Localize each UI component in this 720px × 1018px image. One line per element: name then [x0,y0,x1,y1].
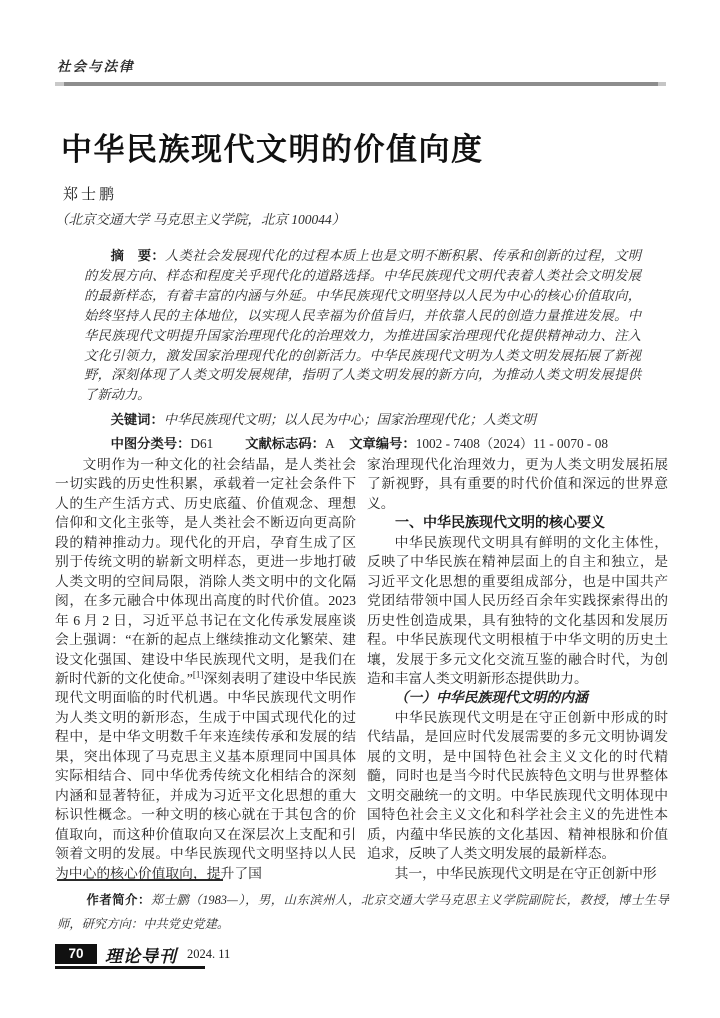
keywords-label: 关键词： [111,412,164,427]
paragraph-text: 文明作为一种文化的社会结晶，是人类社会一切实践的历史性积累，承载着一定社会条件下… [55,457,356,686]
body-paragraph: 中华民族现代文明是在守正创新中形成的时代结晶，是回应时代发展需要的多元文明协调发… [367,708,668,864]
author-affiliation: （北京交通大学 马克思主义学院，北京 100044） [55,208,345,228]
journal-page: 社会与法律 中华民族现代文明的价值向度 郑士鹏 （北京交通大学 马克思主义学院，… [0,0,720,1018]
article-no-label: 文章编号： [349,436,415,451]
article-title: 中华民族现代文明的价值向度 [61,124,484,169]
clc-value: D61 [190,436,213,451]
header-rule [55,82,666,86]
keywords-line: 关键词：中华民族现代文明；以人民为中心；国家治理现代化；人类文明 [84,410,641,430]
abstract-paragraph: 摘 要：人类社会发展现代化的过程本质上也是文明不断积累、传承和创新的过程，文明的… [84,246,641,405]
left-column: 文明作为一种文化的社会结晶，是人类社会一切实践的历史性积累，承载着一定社会条件下… [55,455,356,883]
subsection-heading-1-1: （一）中华民族现代文明的内涵 [367,688,668,707]
meta-line: 中图分类号：D61文献标志码：A文章编号：1002 - 7408（2024）11… [84,434,641,454]
abstract-label: 摘 要： [111,248,165,263]
section-header: 社会与法律 [57,55,135,75]
citation-marker: [1] [193,669,204,679]
body-paragraph: 中华民族现代文明具有鲜明的文化主体性，反映了中华民族在精神层面上的自主和独立，是… [367,533,668,689]
body-columns: 文明作为一种文化的社会结晶，是人类社会一切实践的历史性积累，承载着一定社会条件下… [55,455,668,883]
author-bio: 作者简介：郑士鹏（1983—），男，山东滨州人，北京交通大学马克思主义学院副院长… [57,888,669,936]
page-number: 70 [55,944,97,964]
article-no-value: 1002 - 7408（2024）11 - 0070 - 08 [416,436,608,451]
right-column: 家治理现代化治理效力，更为人类文明发展拓展了新视野，具有重要的时代价值和深远的世… [367,455,668,883]
abstract-text: 人类社会发展现代化的过程本质上也是文明不断积累、传承和创新的过程，文明的发展方向… [84,248,641,402]
keywords-text: 中华民族现代文明；以人民为中心；国家治理现代化；人类文明 [164,412,536,427]
continued-paragraph: 家治理现代化治理效力，更为人类文明发展拓展了新视野，具有重要的时代价值和深远的世… [367,455,668,513]
clc-label: 中图分类号： [111,436,191,451]
author-name: 郑士鹏 [63,183,117,204]
front-matter: 摘 要：人类社会发展现代化的过程本质上也是文明不断积累、传承和创新的过程，文明的… [84,246,641,454]
author-bio-label: 作者简介： [87,893,151,907]
footnote-rule [57,879,223,881]
body-paragraph: 其一，中华民族现代文明是在守正创新中形 [367,864,668,883]
doc-code-label: 文献标志码： [245,436,325,451]
footer-rule [55,966,205,969]
body-paragraph: 文明作为一种文化的社会结晶，是人类社会一切实践的历史性积累，承载着一定社会条件下… [55,455,356,883]
doc-code-value: A [325,436,335,451]
issue-date: 2024. 11 [187,947,230,962]
journal-name: 理论导刊 [105,942,177,967]
section-heading-1: 一、中华民族现代文明的核心要义 [367,513,668,532]
page-footer: 70 理论导刊 2024. 11 [55,942,230,966]
paragraph-text: 深刻表明了建设中华民族现代文明面临的时代机遇。中华民族现代文明作为人类文明的新形… [55,671,356,881]
